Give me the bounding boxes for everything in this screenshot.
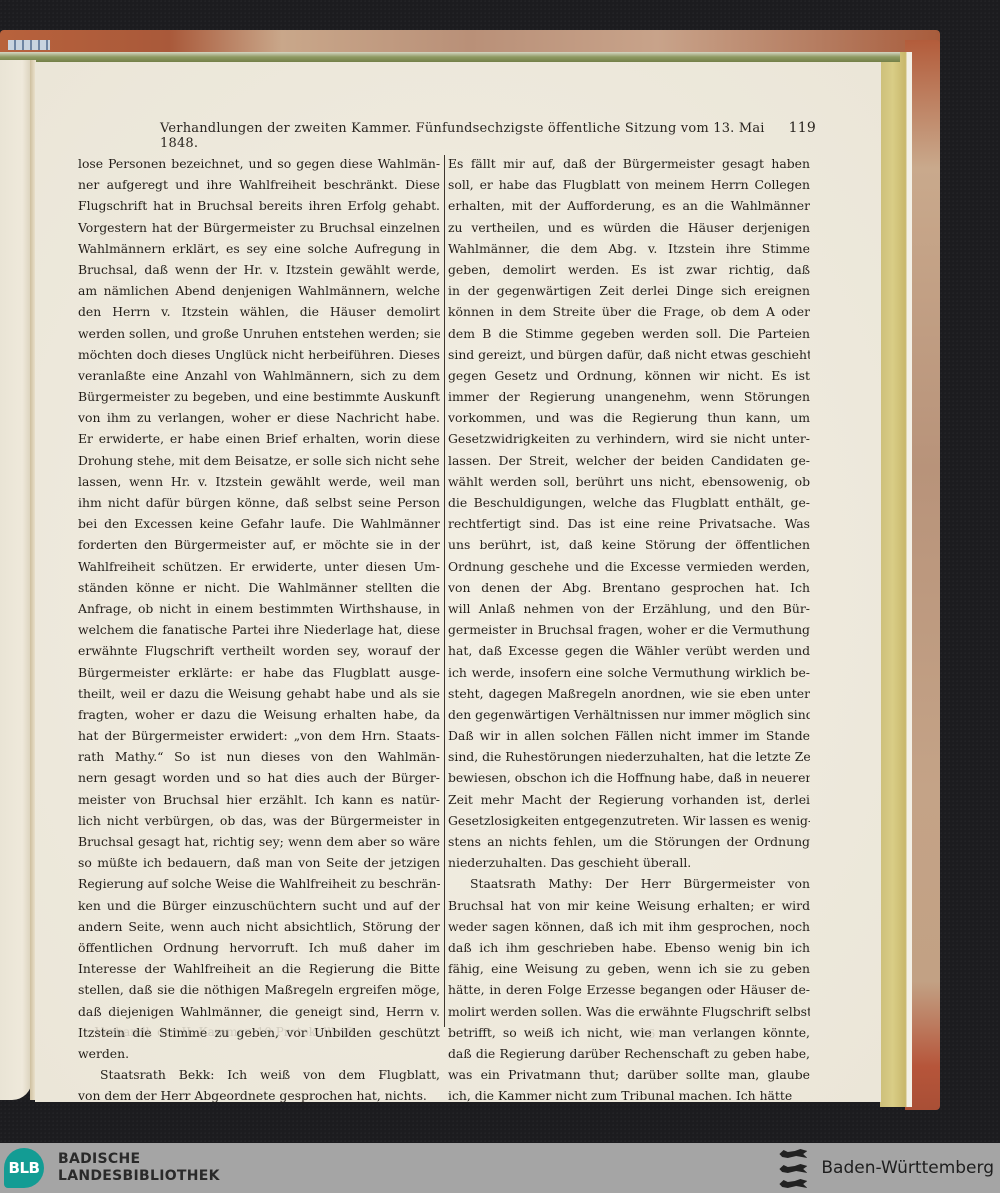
text-line: stens an nichts fehlen, um die Störungen… xyxy=(448,831,810,852)
show-through-number: 16 xyxy=(640,1027,655,1041)
text-line: Bruchsal gesagt hat, richtig sey; wenn d… xyxy=(78,831,440,852)
text-line: öffentlichen Ordnung hervorruft. Ich muß… xyxy=(78,937,440,958)
text-line: vorkommen, und was die Regierung thun ka… xyxy=(448,407,810,428)
text-line: Zeit mehr Macht der Regierung vorhanden … xyxy=(448,789,810,810)
text-line: gegen Gesetz und Ordnung, können wir nic… xyxy=(448,365,810,386)
text-line: ihm nicht dafür bürgen könne, daß selbst… xyxy=(78,492,440,513)
text-line: daß ich ihm geschrieben habe. Ebenso wen… xyxy=(448,937,810,958)
text-line: Regierung auf solche Weise die Wahlfreih… xyxy=(78,873,440,894)
text-line: Interesse der Wahlfreiheit an die Regier… xyxy=(78,958,440,979)
text-line: Bruchsal hat von mir keine Weisung erhal… xyxy=(448,895,810,916)
text-line: werden sollen, und große Unruhen entsteh… xyxy=(78,323,440,344)
text-line: lich nicht verbürgen, ob das, was der Bü… xyxy=(78,810,440,831)
text-column-right: Es fällt mir auf, daß der Bürgermeister … xyxy=(448,153,810,1106)
text-line: Gesetzwidrigkeiten zu verhindern, wird s… xyxy=(448,428,810,449)
text-line: dem B die Stimme gegeben werden soll. Di… xyxy=(448,323,810,344)
text-line: steht, dagegen Maßregeln anordnen, wie s… xyxy=(448,683,810,704)
text-line: immer der Regierung unangenehm, wenn Stö… xyxy=(448,386,810,407)
text-line: Flugschrift hat in Bruchsal bereits ihre… xyxy=(78,195,440,216)
text-line: lassen. Der Streit, welcher der beiden C… xyxy=(448,450,810,471)
page-top-rim xyxy=(0,52,900,62)
text-line: Staatsrath Bekk: Ich weiß von dem Flugbl… xyxy=(78,1064,440,1085)
text-line: sind, die Ruhestörungen niederzuhalten, … xyxy=(448,746,810,767)
text-line: daß die Regierung darüber Rechenschaft z… xyxy=(448,1043,810,1064)
three-lions-icon xyxy=(779,1148,811,1188)
text-line: meister von Bruchsal hier erzählt. Ich k… xyxy=(78,789,440,810)
text-line: uns berührt, ist, daß keine Störung der … xyxy=(448,534,810,555)
text-line: forderten den Bürgermeister auf, er möch… xyxy=(78,534,440,555)
text-line: betrifft, so weiß ich nicht, wie man ver… xyxy=(448,1022,810,1043)
text-line: bei den Excessen keine Gefahr laufe. Die… xyxy=(78,513,440,534)
column-divider xyxy=(444,155,445,1027)
text-line: hat der Bürgermeister erwidert: „von dem… xyxy=(78,725,440,746)
spine-label xyxy=(8,40,50,50)
text-line: lassen, wenn Hr. v. Itzstein gewählt wer… xyxy=(78,471,440,492)
left-page-sliver xyxy=(0,60,32,1100)
text-line: von denen der Abg. Brentano gesprochen h… xyxy=(448,577,810,598)
blb-line-2: LANDESBIBLIOTHEK xyxy=(58,1168,220,1185)
text-line: in der gegenwärtigen Zeit derlei Dinge s… xyxy=(448,280,810,301)
show-through-signature: Verhandl. der II. Kammer. 10 Protokollhe… xyxy=(95,1025,359,1039)
text-line: Wahlfreiheit schützen. Er erwiderte, unt… xyxy=(78,556,440,577)
text-line: rechtfertigt sind. Das ist eine reine Pr… xyxy=(448,513,810,534)
text-line: niederzuhalten. Das geschieht überall. xyxy=(448,852,810,873)
text-line: Bürgermeister zu begeben, und eine besti… xyxy=(78,386,440,407)
text-line: hat, daß Excesse gegen die Wähler verübt… xyxy=(448,640,810,661)
text-line: Bruchsal, daß wenn der Hr. v. Itzstein g… xyxy=(78,259,440,280)
text-line: stellen, daß sie die nöthigen Maßregeln … xyxy=(78,979,440,1000)
text-line: andern Seite, wenn auch nicht absichtlic… xyxy=(78,916,440,937)
text-line: möchten doch dieses Unglück nicht herbei… xyxy=(78,344,440,365)
text-line: Wahlmännern erklärt, es sey eine solche … xyxy=(78,238,440,259)
text-line: nern gesagt worden und so hat dies auch … xyxy=(78,767,440,788)
text-line: von ihm zu verlangen, woher er diese Nac… xyxy=(78,407,440,428)
text-line: ken und die Bürger einzuschüchtern sucht… xyxy=(78,895,440,916)
text-line: den Herrn v. Itzstein wählen, die Häuser… xyxy=(78,301,440,322)
text-line: erwähnte Flugschrift vertheilt worden se… xyxy=(78,640,440,661)
text-line: ner aufgeregt und ihre Wahlfreiheit besc… xyxy=(78,174,440,195)
text-line: Bürgermeister erklärte: er habe das Flug… xyxy=(78,662,440,683)
text-line: Ordnung geschehe und die Excesse vermied… xyxy=(448,556,810,577)
running-title: Verhandlungen der zweiten Kammer. Fünfun… xyxy=(160,121,789,151)
blb-line-1: BADISCHE xyxy=(58,1151,220,1168)
text-line: geben, demolirt werden. Es ist zwar rich… xyxy=(448,259,810,280)
text-line: molirt werden sollen. Was die erwähnte F… xyxy=(448,1001,810,1022)
text-line: sind gereizt, und bürgen dafür, daß nich… xyxy=(448,344,810,365)
text-line: von dem der Herr Abgeordnete gesprochen … xyxy=(78,1085,440,1106)
text-line: daß diejenigen Wahlmänner, die geneigt s… xyxy=(78,1001,440,1022)
text-line: erhalten, mit der Aufforderung, es an di… xyxy=(448,195,810,216)
text-line: Es fällt mir auf, daß der Bürgermeister … xyxy=(448,153,810,174)
text-line: rath Mathy.“ So ist nun dieses von den W… xyxy=(78,746,440,767)
blb-logo-link[interactable]: BLB BADISCHE LANDESBIBLIOTHEK xyxy=(4,1148,220,1188)
text-line: theilt, weil er dazu die Weisung gehabt … xyxy=(78,683,440,704)
blb-wordmark: BADISCHE LANDESBIBLIOTHEK xyxy=(58,1151,220,1185)
text-line: Vorgestern hat der Bürgermeister zu Bruc… xyxy=(78,217,440,238)
text-line: so müßte ich bedauern, daß man von Seite… xyxy=(78,852,440,873)
text-line: werden. xyxy=(78,1043,440,1064)
text-line: Anfrage, ob nicht in einem bestimmten Wi… xyxy=(78,598,440,619)
text-line: Gesetzlosigkeiten entgegenzutreten. Wir … xyxy=(448,810,810,831)
blb-logo-icon: BLB xyxy=(4,1148,44,1188)
bw-logo-link[interactable]: Baden-Württemberg xyxy=(779,1148,994,1188)
text-line: Wahlmänner, die dem Abg. v. Itzstein ihr… xyxy=(448,238,810,259)
text-line: ich werde, insofern eine solche Vermuthu… xyxy=(448,662,810,683)
text-line: zu vertheilen, und es würden die Häuser … xyxy=(448,217,810,238)
text-line: den gegenwärtigen Verhältnissen nur imme… xyxy=(448,704,810,725)
text-column-left: lose Personen bezeichnet, und so gegen d… xyxy=(78,153,440,1106)
text-line: Staatsrath Mathy: Der Herr Bürgermeister… xyxy=(448,873,810,894)
text-line: die Beschuldigungen, welche das Flugblat… xyxy=(448,492,810,513)
text-line: Daß wir in allen solchen Fällen nicht im… xyxy=(448,725,810,746)
text-line: soll, er habe das Flugblatt von meinem H… xyxy=(448,174,810,195)
text-line: können in dem Streite über die Frage, ob… xyxy=(448,301,810,322)
page-block-edge xyxy=(880,52,912,1107)
text-line: germeister in Bruchsal fragen, woher er … xyxy=(448,619,810,640)
text-line: fähig, eine Weisung zu geben, wenn ich s… xyxy=(448,958,810,979)
running-head: Verhandlungen der zweiten Kammer. Fünfun… xyxy=(160,120,816,138)
text-line: am nämlichen Abend denjenigen Wahlmänner… xyxy=(78,280,440,301)
text-line: ständen könne er nicht. Die Wahlmänner s… xyxy=(78,577,440,598)
text-line: hätte, in deren Folge Erzesse begangen o… xyxy=(448,979,810,1000)
bw-wordmark: Baden-Württemberg xyxy=(821,1158,994,1178)
text-line: wählt werden soll, berührt uns nicht, eb… xyxy=(448,471,810,492)
text-line: ich, die Kammer nicht zum Tribunal mache… xyxy=(448,1085,810,1106)
text-line: lose Personen bezeichnet, und so gegen d… xyxy=(78,153,440,174)
text-line: fragten, woher er dazu die Weisung erhal… xyxy=(78,704,440,725)
text-line: Er erwiderte, er habe einen Brief erhalt… xyxy=(78,428,440,449)
text-line: will Anlaß nehmen von der Erzählung, und… xyxy=(448,598,810,619)
text-line: was ein Privatmann thut; darüber sollte … xyxy=(448,1064,810,1085)
text-line: welchem die fanatische Partei ihre Niede… xyxy=(78,619,440,640)
page-number: 119 xyxy=(789,120,816,136)
viewer-footer-bar: BLB BADISCHE LANDESBIBLIOTHEK Baden-Würt… xyxy=(0,1143,1000,1193)
text-line: weder sagen können, daß ich mit ihm gesp… xyxy=(448,916,810,937)
text-line: veranlaßte eine Anzahl von Wahlmännern, … xyxy=(78,365,440,386)
text-line: bewiesen, obschon ich die Hoffnung habe,… xyxy=(448,767,810,788)
text-line: Drohung stehe, mit dem Beisatze, er soll… xyxy=(78,450,440,471)
